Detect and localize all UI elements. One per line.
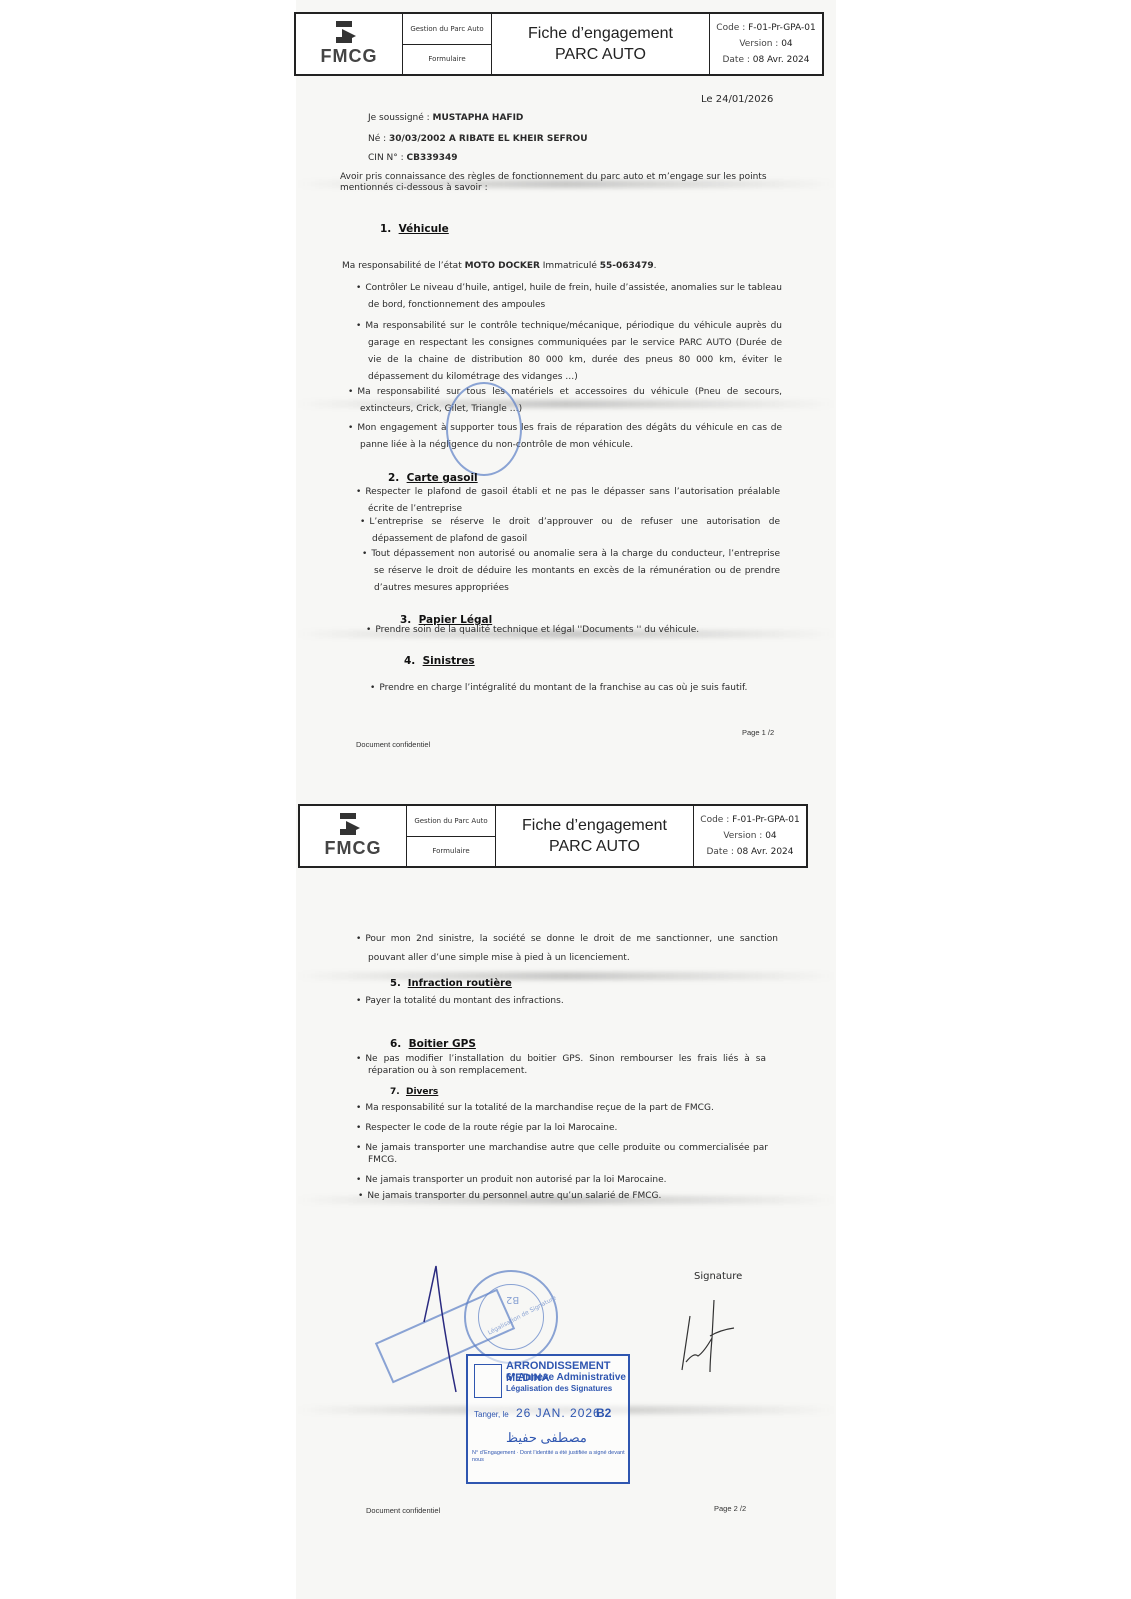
list-item: Prendre en charge l’intégralité du monta…	[370, 680, 782, 697]
list-item: Tout dépassement non autorisé ou anomali…	[362, 546, 780, 597]
header-meta: Gestion du Parc Auto Formulaire	[407, 806, 496, 866]
doc-code: F-01-Pr-GPA-01	[732, 815, 800, 825]
document-title: Fiche d’engagement PARC AUTO	[492, 14, 710, 74]
employee-name: MUSTAPHA HAFID	[433, 113, 524, 123]
stamp-date: 26 JAN. 2026	[516, 1406, 601, 1420]
fmcg-logo-icon	[340, 813, 366, 835]
list-item: Pour mon 2nd sinistre, la société se don…	[356, 930, 778, 968]
doc-version: 04	[765, 831, 776, 841]
department-label: Gestion du Parc Auto	[403, 14, 491, 45]
fmcg-logo-icon	[336, 21, 362, 43]
list-item: L’entreprise se réserve le droit d’appro…	[360, 514, 780, 548]
page-2: FMCG Gestion du Parc Auto Formulaire Fic…	[296, 800, 836, 1599]
signature-label: Signature	[694, 1269, 742, 1285]
footer-confidential: Document confidentiel	[356, 740, 430, 749]
list-item: Mon engagement à supporter tous les frai…	[348, 420, 782, 454]
birth-line: Né : 30/03/2002 A RIBATE EL KHEIR SEFROU	[368, 131, 588, 147]
cin-line: CIN N° : CB339349	[368, 150, 458, 166]
section-heading-infraction: 5. Infraction routière	[390, 978, 512, 989]
vehicle-plate: 55-063479	[600, 261, 654, 271]
list-item: Respecter le plafond de gasoil établi et…	[356, 484, 780, 518]
birth-info: 30/03/2002 A RIBATE EL KHEIR SEFROU	[389, 134, 587, 144]
doc-code: F-01-Pr-GPA-01	[748, 23, 816, 33]
cin-number: CB339349	[407, 153, 458, 163]
list-item: Payer la totalité du montant des infract…	[356, 993, 768, 1010]
list-item: Prendre soin de la qualité technique et …	[366, 622, 778, 639]
header-meta: Gestion du Parc Auto Formulaire	[403, 14, 492, 74]
vehicle-responsibility-line: Ma responsabilité de l’état MOTO DOCKER …	[342, 258, 656, 274]
page-1: FMCG Gestion du Parc Auto Formulaire Fic…	[296, 0, 836, 800]
list-item: Ne jamais transporter un produit non aut…	[356, 1172, 768, 1189]
section-heading-divers: 7. Divers	[390, 1087, 438, 1097]
handwritten-signature	[676, 1292, 746, 1372]
doc-date: 08 Avr. 2024	[753, 55, 810, 65]
section-heading-carte-gasoil: 2. Carte gasoil	[388, 472, 478, 484]
document-header: FMCG Gestion du Parc Auto Formulaire Fic…	[298, 804, 808, 868]
doc-type-label: Formulaire	[407, 837, 495, 867]
date-line: Le 24/01/2026	[701, 92, 773, 108]
page-number: Page 2 /2	[714, 1504, 746, 1513]
doc-date: 08 Avr. 2024	[737, 847, 794, 857]
stamp-arabic-name: مصطفى حفيظ	[506, 1430, 587, 1446]
list-item: Ma responsabilité sur tous les matériels…	[348, 384, 782, 418]
doc-version: 04	[781, 39, 792, 49]
document-header: FMCG Gestion du Parc Auto Formulaire Fic…	[294, 12, 824, 76]
document-code-block: Code : F-01-Pr-GPA-01 Version : 04 Date …	[694, 806, 806, 866]
company-logo: FMCG	[296, 14, 403, 74]
intro-text: Avoir pris connaissance des règles de fo…	[340, 172, 780, 194]
crest-icon	[474, 1364, 502, 1398]
list-item: Ma responsabilité sur le contrôle techni…	[356, 318, 782, 386]
list-item: Respecter le code de la route régie par …	[356, 1120, 768, 1137]
vehicle-model: MOTO DOCKER	[465, 261, 540, 271]
department-label: Gestion du Parc Auto	[407, 806, 495, 837]
list-item: Ne jamais transporter une marchandise au…	[356, 1142, 768, 1166]
section-heading-vehicule: 1. Véhicule	[380, 223, 449, 235]
list-item: Contrôler Le niveau d’huile, antigel, hu…	[356, 280, 782, 314]
document-code-block: Code : F-01-Pr-GPA-01 Version : 04 Date …	[710, 14, 822, 74]
handwritten-stroke	[416, 1262, 466, 1402]
round-stamp	[446, 382, 522, 476]
company-logo: FMCG	[300, 806, 407, 866]
doc-type-label: Formulaire	[403, 45, 491, 75]
legalisation-stamp: ARRONDISSEMENT MEDINA 6° Annexe Administ…	[466, 1354, 630, 1484]
footer-confidential: Document confidentiel	[366, 1506, 440, 1515]
soussigne-line: Je soussigné : MUSTAPHA HAFID	[368, 110, 523, 126]
list-item: Ne pas modifier l’installation du boitie…	[356, 1053, 766, 1077]
paper-crease	[296, 972, 836, 980]
document-title: Fiche d’engagement PARC AUTO	[496, 806, 694, 866]
list-item: Ma responsabilité sur la totalité de la …	[356, 1100, 768, 1117]
section-heading-gps: 6. Boitier GPS	[390, 1038, 476, 1050]
list-item: Ne jamais transporter du personnel autre…	[358, 1188, 770, 1205]
page-number: Page 1 /2	[742, 728, 774, 737]
section-heading-sinistres: 4. Sinistres	[404, 655, 475, 667]
stamp-code: B2	[596, 1406, 611, 1420]
